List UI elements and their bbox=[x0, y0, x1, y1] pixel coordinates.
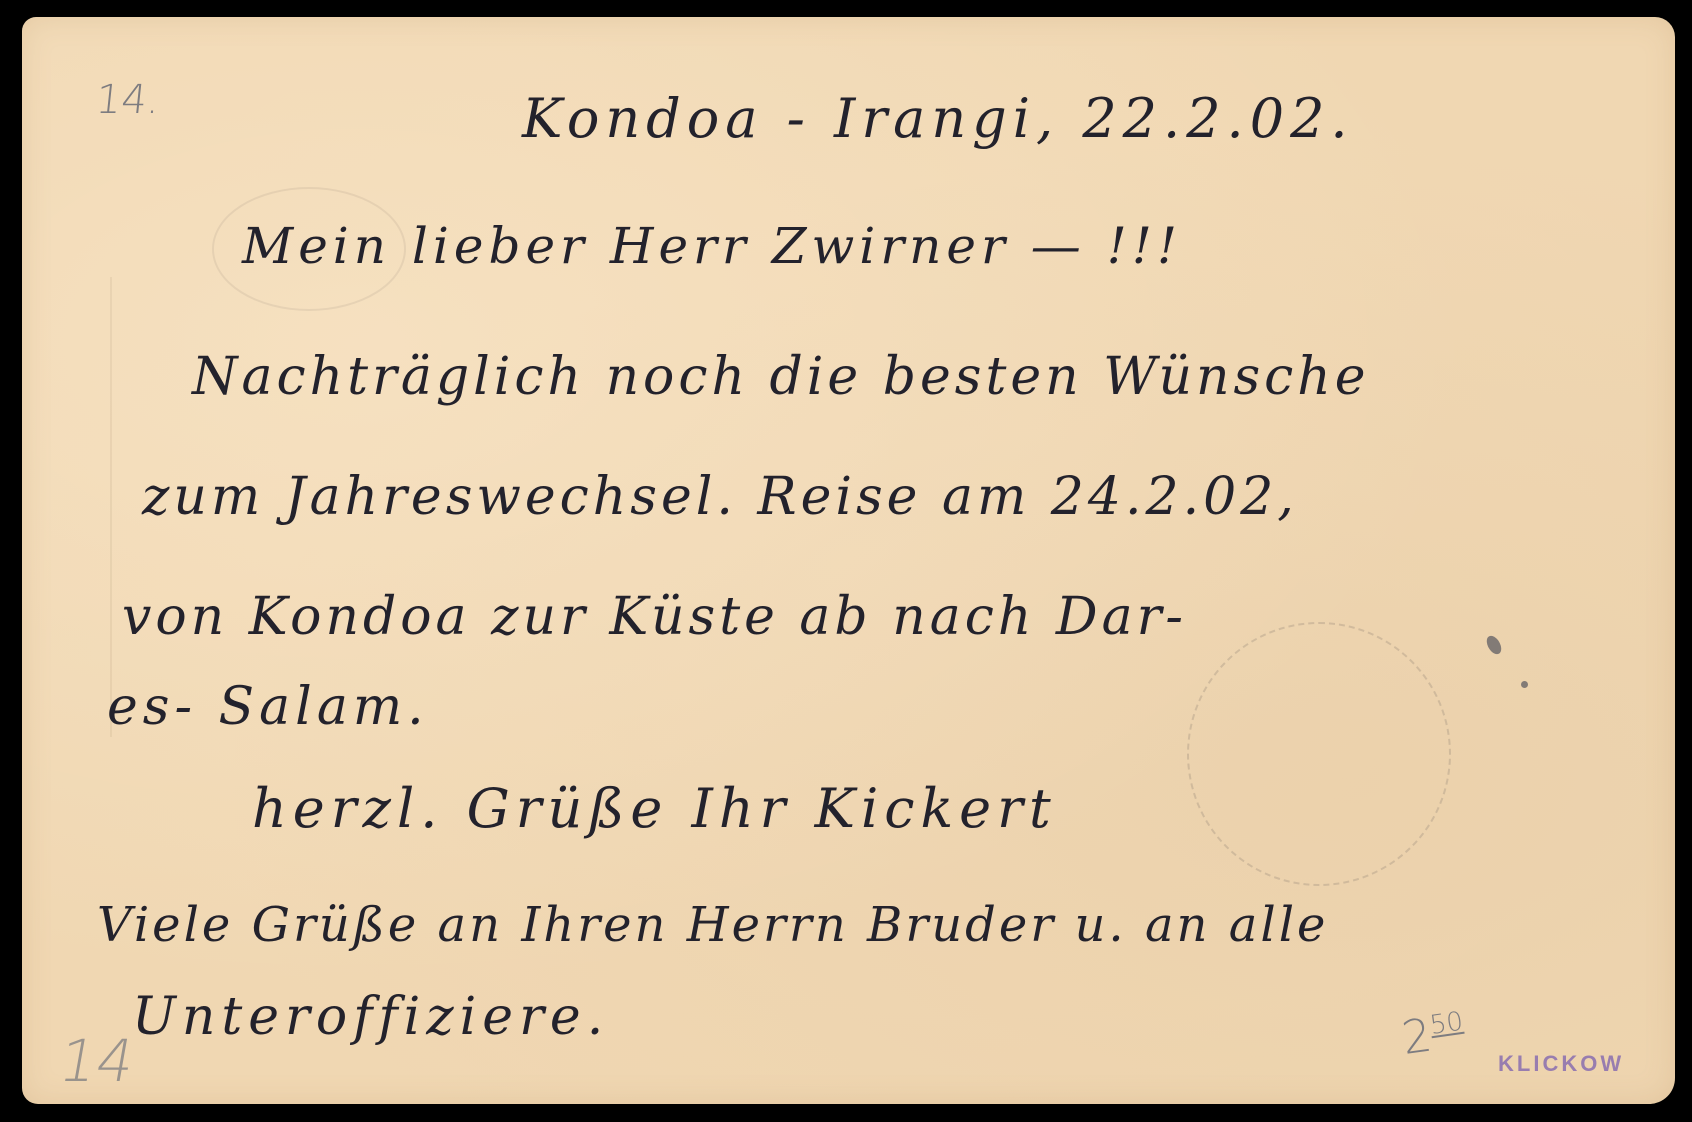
body-line-2: zum Jahreswechsel. Reise am 24.2.02, bbox=[142, 467, 1298, 527]
pencil-price: 250 bbox=[1399, 1003, 1468, 1065]
salutation: Mein lieber Herr Zwirner — !!! bbox=[242, 217, 1182, 275]
card-left-imprint-line bbox=[110, 277, 112, 737]
ink-dot bbox=[1521, 681, 1528, 688]
faint-postmark-circle bbox=[1187, 622, 1451, 886]
ink-blot bbox=[1484, 633, 1504, 656]
postcard: 14. 14 250 Kondoa - Irangi, 22.2.02. Mei… bbox=[22, 17, 1675, 1104]
header-place-date: Kondoa - Irangi, 22.2.02. bbox=[522, 87, 1354, 150]
body-line-3: von Kondoa zur Küste ab nach Dar- bbox=[122, 587, 1187, 647]
dealer-stamp: KLICKOW bbox=[1498, 1051, 1624, 1077]
closing-signature: herzl. Grüße Ihr Kickert bbox=[252, 777, 1057, 840]
body-line-4: es- Salam. bbox=[107, 677, 429, 737]
postscript-line-1: Viele Grüße an Ihren Herrn Bruder u. an … bbox=[97, 897, 1328, 953]
body-line-1: Nachträglich noch die besten Wünsche bbox=[192, 347, 1370, 407]
pencil-number-bottom-left: 14 bbox=[54, 1027, 140, 1095]
pencil-number-top-left: 14. bbox=[94, 77, 162, 123]
postscript-line-2: Unteroffiziere. bbox=[132, 987, 609, 1047]
price-superscript: 50 bbox=[1428, 1007, 1465, 1041]
